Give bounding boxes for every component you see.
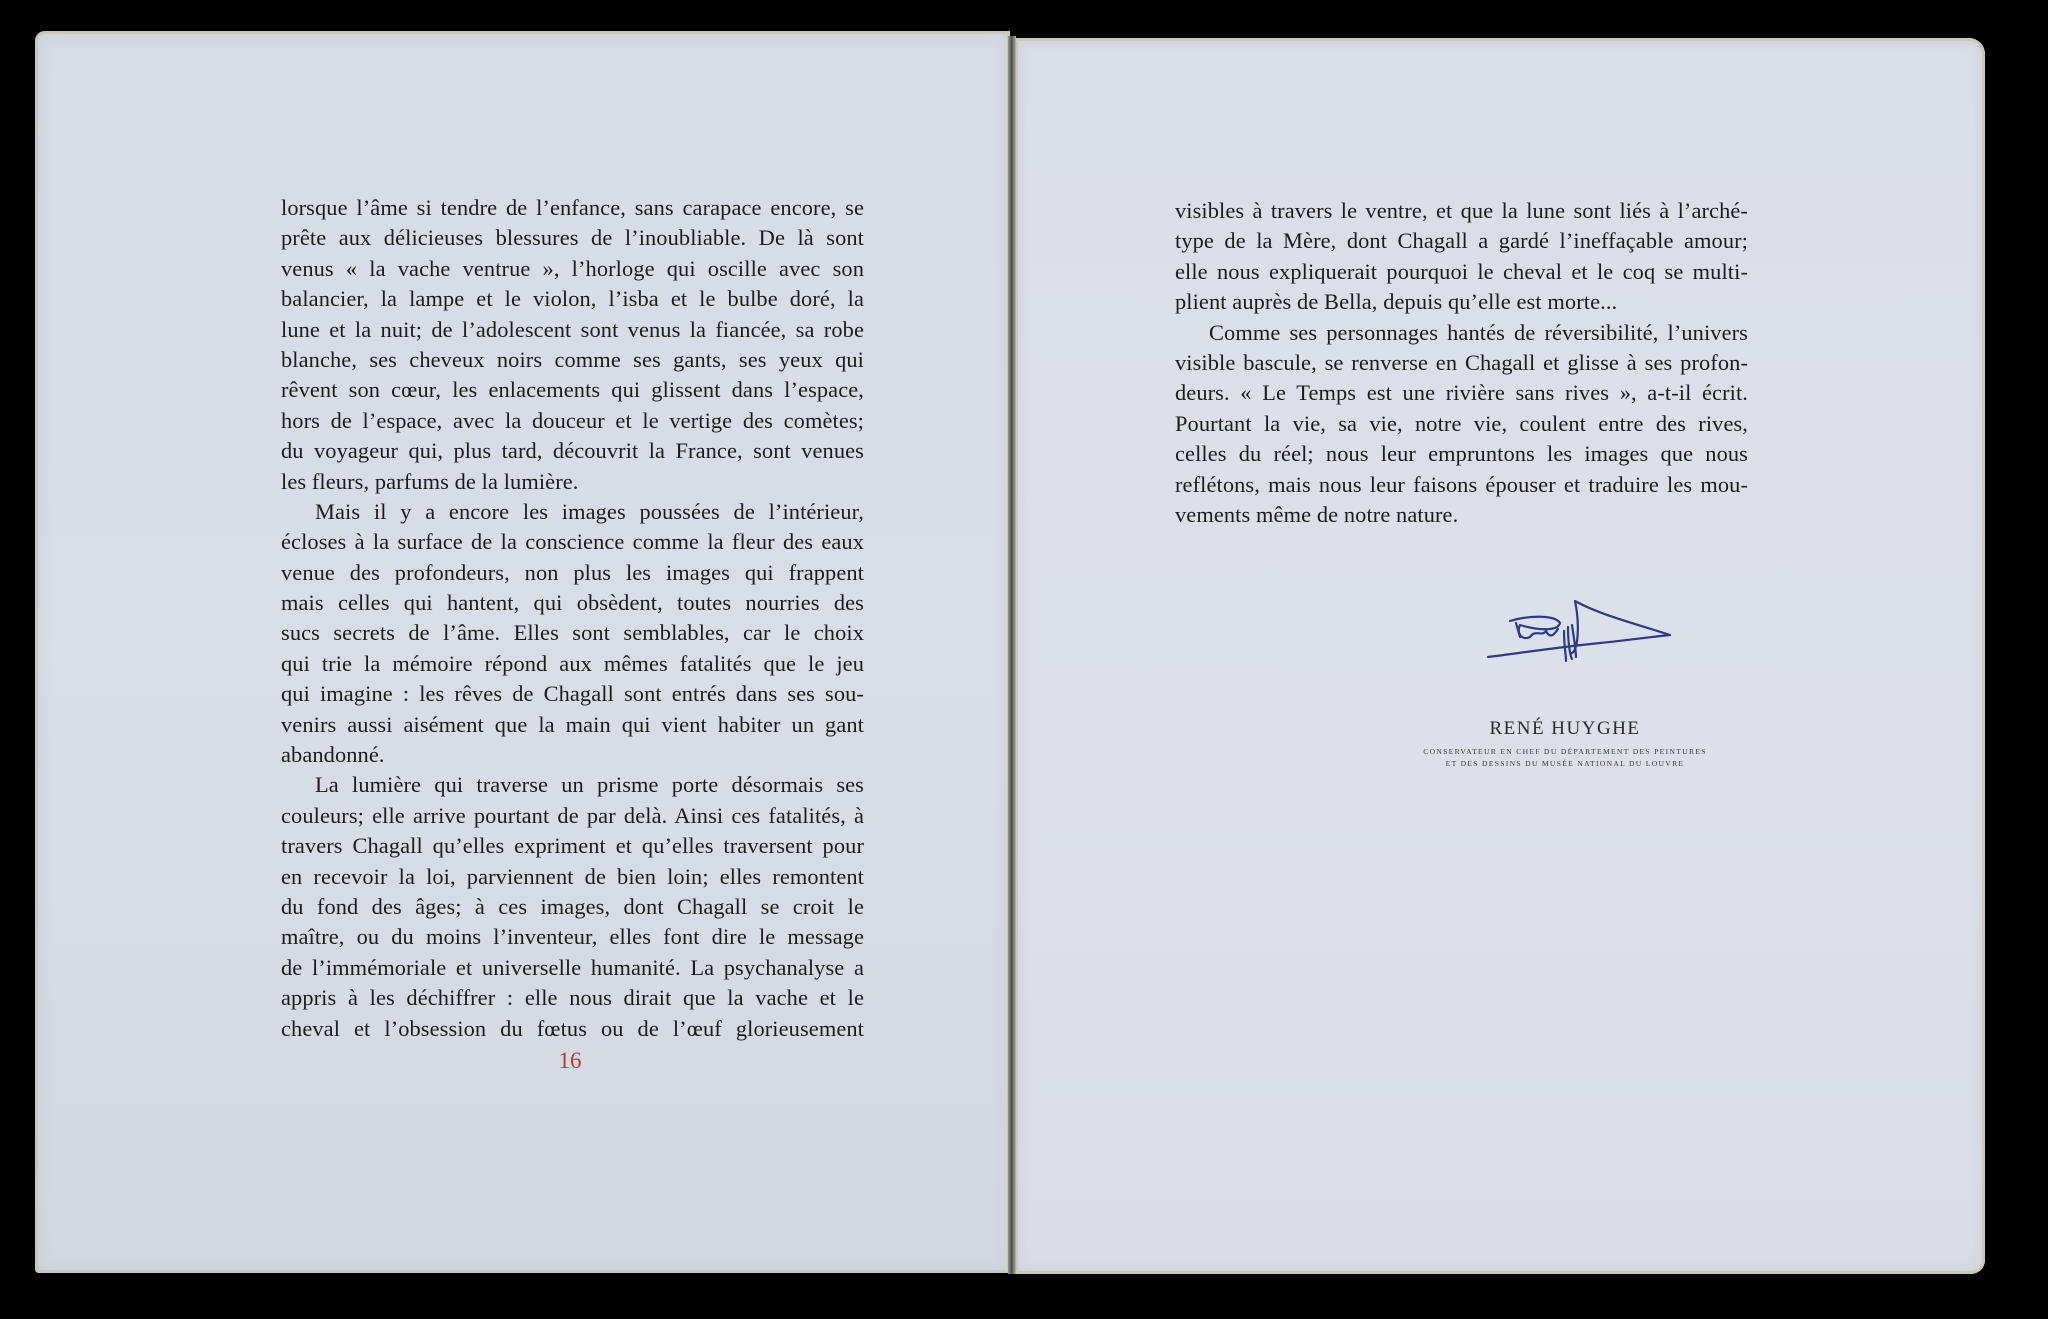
text-line: elle nous expliquerait pourquoi le cheva… [1175,257,1748,287]
text-line: plient auprès de Bella, depuis qu’elle e… [1175,287,1748,317]
signature-icon [1480,595,1680,675]
text-line: Mais il y a encore les images poussées d… [281,497,864,527]
text-line: qui trie la mémoire répond aux mêmes fat… [281,649,864,679]
text-line: venus « la vache ventrue », l’horloge qu… [281,254,864,284]
text-line: sucs secrets de l’âme. Elles sont sembla… [281,618,864,648]
text-line: Comme ses personnages hantés de réversib… [1175,318,1748,348]
text-line: maître, ou du moins l’inventeur, elles f… [281,922,864,952]
text-line: couleurs; elle arrive pourtant de par de… [281,801,864,831]
text-line: vements même de notre nature. [1175,500,1748,530]
author-title-line-1: Conservateur en chef du département des … [1400,746,1730,758]
text-line: de l’immémoriale et universelle humanité… [281,953,864,983]
text-line: prête aux délicieuses blessures de l’ino… [281,223,864,253]
text-line: rêvent son cœur, les enlacements qui gli… [281,375,864,405]
text-line: cheval et l’obsession du fœtus ou de l’œ… [281,1014,864,1044]
text-line: qui imagine : les rêves de Chagall sont … [281,679,864,709]
text-line: travers Chagall qu’elles expriment et qu… [281,831,864,861]
text-line: écloses à la surface de la conscience co… [281,527,864,557]
left-page-text: lorsque l’âme si tendre de l’enfance, sa… [281,193,864,1044]
text-line: Pourtant la vie, sa vie, notre vie, coul… [1175,409,1748,439]
author-title: Conservateur en chef du département des … [1400,746,1730,770]
author-title-line-2: et des dessins du Musée National du Louv… [1400,758,1730,770]
right-page-text: visibles à travers le ventre, et que la … [1175,196,1748,530]
text-line: reflétons, mais nous leur faisons épouse… [1175,470,1748,500]
text-line: venue des profondeurs, non plus les imag… [281,558,864,588]
text-line: mais celles qui hantent, qui obsèdent, t… [281,588,864,618]
page-number: 16 [550,1048,590,1074]
text-line: hors de l’espace, avec la douceur et le … [281,406,864,436]
text-line: blanche, ses cheveux noirs comme ses gan… [281,345,864,375]
text-line: balancier, la lampe et le violon, l’isba… [281,284,864,314]
text-line: appris à les déchiffrer : elle nous dira… [281,983,864,1013]
author-name: RENÉ HUYGHE [1420,718,1710,740]
text-line: visibles à travers le ventre, et que la … [1175,196,1748,226]
text-line: lorsque l’âme si tendre de l’enfance, sa… [281,193,864,223]
text-line: type de la Mère, dont Chagall a gardé l’… [1175,226,1748,256]
text-line: du voyageur qui, plus tard, découvrit la… [281,436,864,466]
text-line: lune et la nuit; de l’adolescent sont ve… [281,315,864,345]
text-line: venirs aussi aisément que la main qui vi… [281,710,864,740]
text-line: les fleurs, parfums de la lumière. [281,467,864,497]
text-line: abandonné. [281,740,864,770]
text-line: en recevoir la loi, parviennent de bien … [281,862,864,892]
book-gutter [1008,36,1016,1274]
text-line: celles du réel; nous leur empruntons les… [1175,439,1748,469]
text-line: du fond des âges; à ces images, dont Cha… [281,892,864,922]
text-line: deurs. « Le Temps est une rivière sans r… [1175,378,1748,408]
text-line: visible bascule, se renverse en Chagall … [1175,348,1748,378]
text-line: La lumière qui traverse un prisme porte … [281,770,864,800]
